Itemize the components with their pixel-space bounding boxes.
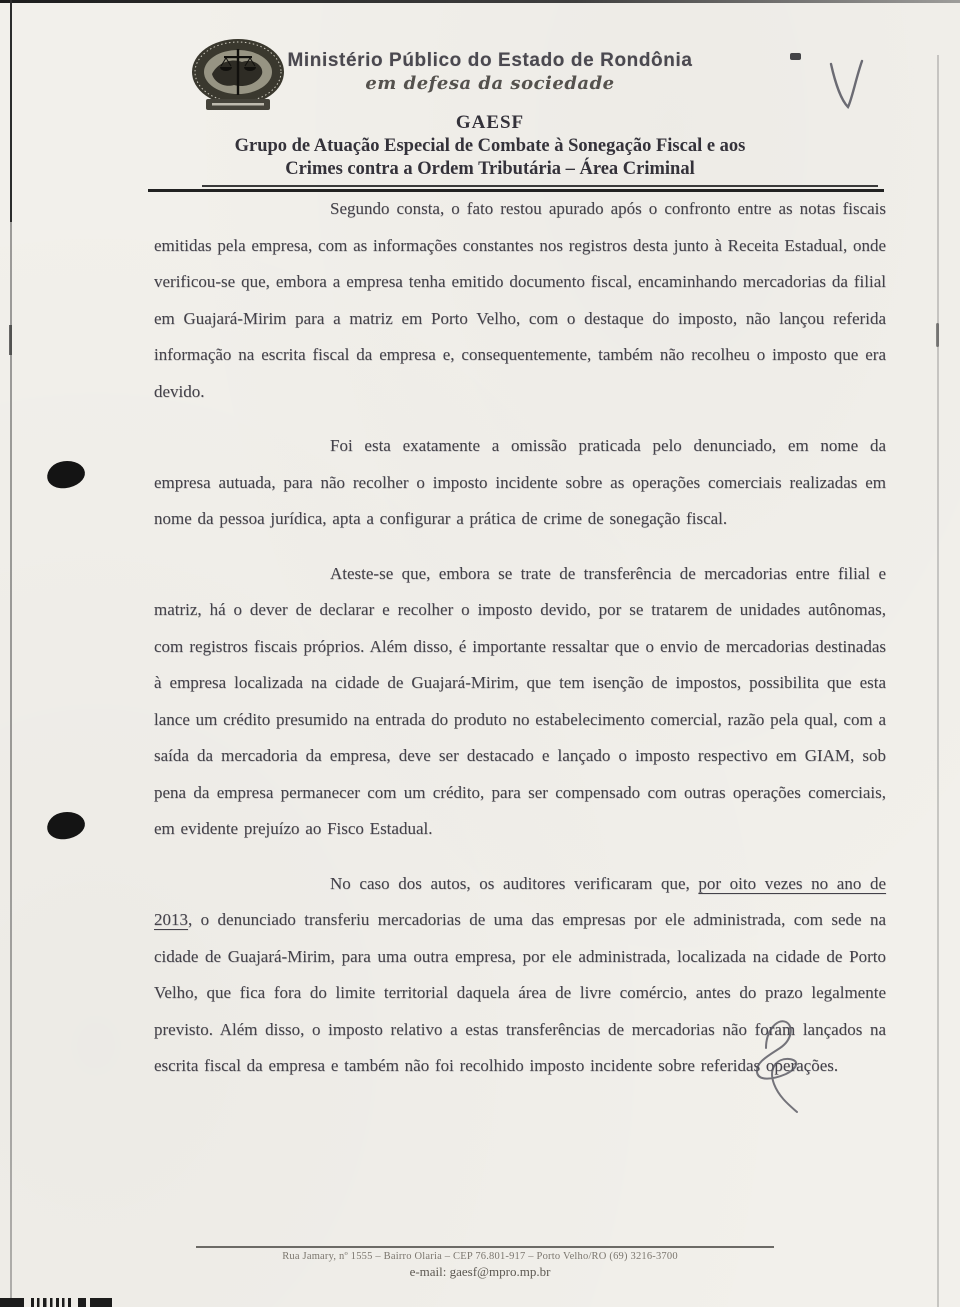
paragraph-3: Ateste-se que, embora se trate de transf… xyxy=(154,556,886,848)
handwritten-checkmark xyxy=(831,61,862,107)
unit-name-line2: Crimes contra a Ordem Tributária – Área … xyxy=(110,158,870,181)
scanned-document-page: Ministério Público do Estado de Rondônia… xyxy=(0,0,960,1307)
scan-right-edge-artifact xyxy=(937,55,939,1307)
paragraph-4: No caso dos autos, os auditores verifica… xyxy=(154,866,886,1085)
paragraph-4-start: No caso dos autos, os auditores verifica… xyxy=(330,874,698,893)
paragraph-2: Foi esta exatamente a omissão praticada … xyxy=(154,428,886,538)
org-header: Ministério Público do Estado de Rondônia… xyxy=(250,50,730,94)
org-name: Ministério Público do Estado de Rondônia xyxy=(250,50,730,72)
margin-ink-blob xyxy=(45,459,86,490)
ink-smudge xyxy=(790,53,801,60)
document-title-block: GAESF Grupo de Atuação Especial de Comba… xyxy=(110,111,870,181)
footer-address: Rua Jamary, nº 1555 – Bairro Olaria – CE… xyxy=(0,1251,960,1262)
scan-right-edge-mark xyxy=(936,323,939,347)
unit-name-line1: Grupo de Atuação Especial de Combate à S… xyxy=(110,135,870,158)
paragraph-1: Segundo consta, o fato restou apurado ap… xyxy=(154,191,886,410)
header-rule-thin xyxy=(202,185,878,187)
scan-left-edge-mark xyxy=(9,325,12,355)
unit-acronym: GAESF xyxy=(110,111,870,135)
scan-left-edge-artifact xyxy=(10,0,12,1307)
org-motto: em defesa da sociedade xyxy=(250,73,730,94)
margin-ink-blob xyxy=(45,810,86,841)
document-body: Segundo consta, o fato restou apurado ap… xyxy=(154,191,886,1085)
paragraph-4-end: , o denunciado transferiu mercadorias de… xyxy=(154,910,886,1075)
scan-top-edge-artifact xyxy=(0,0,960,3)
footer-rule xyxy=(196,1246,774,1248)
footer-email: e-mail: gaesf@mpro.mp.br xyxy=(0,1264,960,1280)
bottom-barcode-artifact xyxy=(0,1296,120,1307)
